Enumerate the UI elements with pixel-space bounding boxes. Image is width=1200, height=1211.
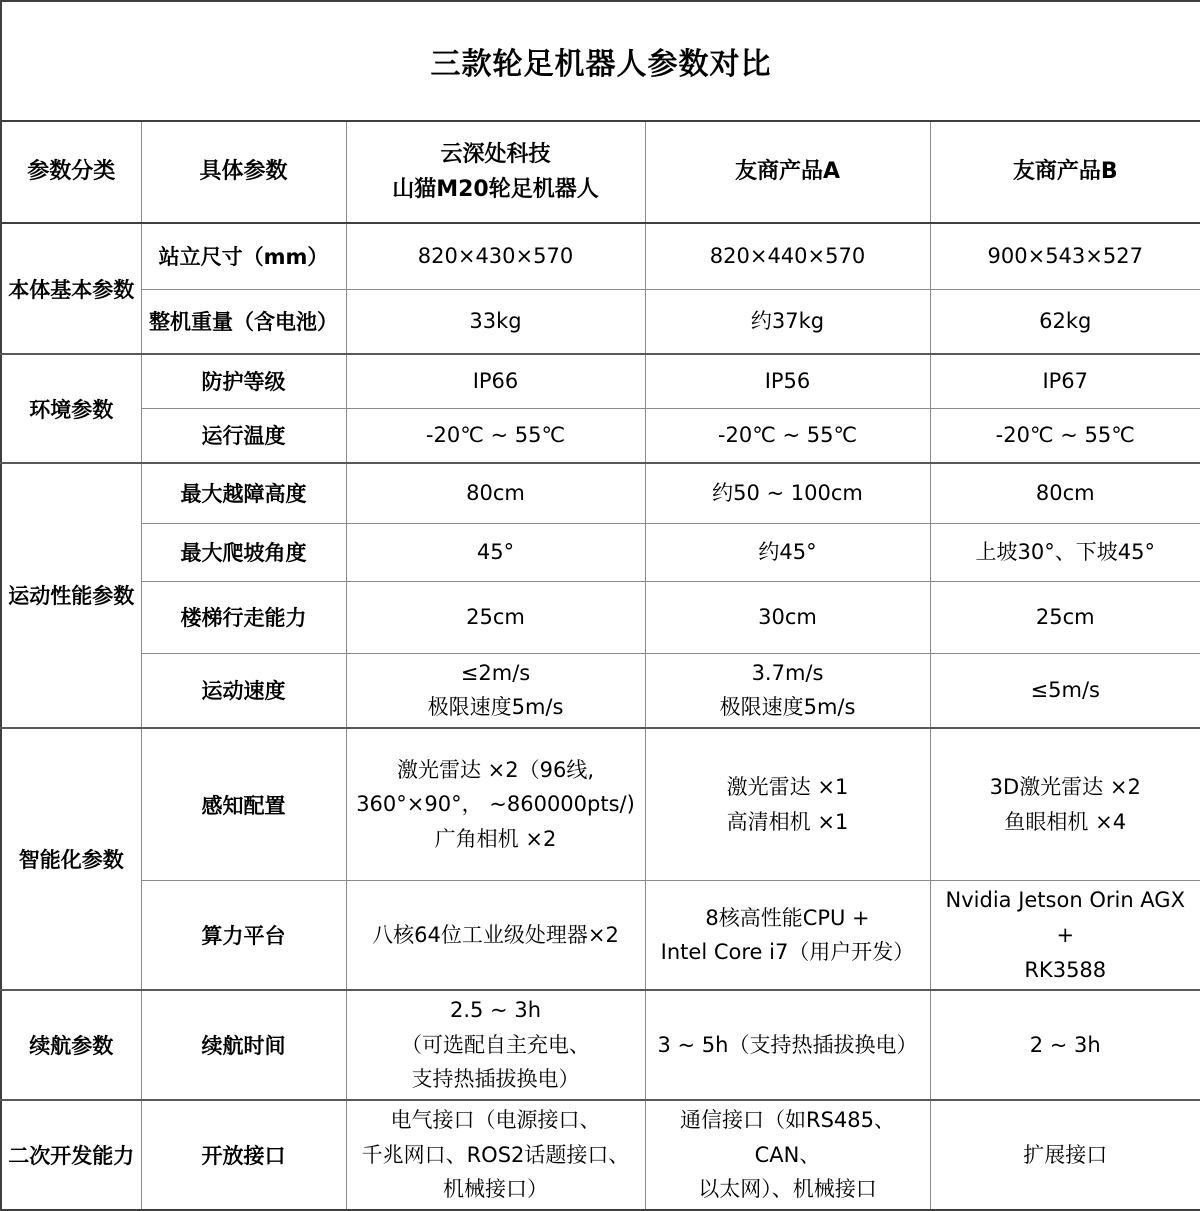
value-cell-b: ≤5m/s: [930, 653, 1200, 728]
value-cell-b: 80cm: [930, 463, 1200, 523]
value-cell-b: 2 ~ 3h: [930, 990, 1200, 1100]
page-title: 三款轮足机器人参数对比: [1, 1, 1200, 121]
value-cell-a: 30cm: [645, 581, 930, 653]
value-cell-a: 820×440×570: [645, 223, 930, 289]
col-header-parameter: 具体参数: [141, 121, 346, 223]
value-cell-a: 约50 ~ 100cm: [645, 463, 930, 523]
value-cell-b: 900×543×527: [930, 223, 1200, 289]
param-cell: 感知配置: [141, 728, 346, 881]
table-row: 智能化参数 感知配置 激光雷达 ×2（96线, 360°×90°， ~86000…: [1, 728, 1200, 881]
param-cell: 续航时间: [141, 990, 346, 1100]
col-header-product-b: 友商产品B: [930, 121, 1200, 223]
value-cell-m20: 激光雷达 ×2（96线, 360°×90°， ~860000pts/) 广角相机…: [346, 728, 645, 881]
table-row: 算力平台 八核64位工业级处理器×2 8核高性能CPU + Intel Core…: [1, 881, 1200, 990]
param-cell: 算力平台: [141, 881, 346, 990]
param-cell: 站立尺寸（mm）: [141, 223, 346, 289]
value-cell-m20: -20℃ ~ 55℃: [346, 408, 645, 463]
value-cell-m20: 2.5 ~ 3h （可选配自主充电、 支持热插拔换电）: [346, 990, 645, 1100]
param-cell: 防护等级: [141, 354, 346, 408]
value-cell-a: 约45°: [645, 523, 930, 581]
category-cell: 运动性能参数: [1, 463, 141, 728]
category-cell: 智能化参数: [1, 728, 141, 990]
robot-comparison-table: 三款轮足机器人参数对比 参数分类 具体参数 云深处科技 山猫M20轮足机器人 友…: [0, 0, 1200, 1211]
value-cell-a: 通信接口（如RS485、CAN、 以太网）、机械接口: [645, 1100, 930, 1210]
value-cell-m20: ≤2m/s 极限速度5m/s: [346, 653, 645, 728]
value-cell-m20: 25cm: [346, 581, 645, 653]
value-cell-m20: 八核64位工业级处理器×2: [346, 881, 645, 990]
category-cell: 二次开发能力: [1, 1100, 141, 1210]
value-cell-b: 62kg: [930, 289, 1200, 354]
category-cell: 环境参数: [1, 354, 141, 463]
param-cell: 楼梯行走能力: [141, 581, 346, 653]
value-cell-a: IP56: [645, 354, 930, 408]
table-row: 整机重量（含电池） 33kg 约37kg 62kg: [1, 289, 1200, 354]
param-cell: 最大爬坡角度: [141, 523, 346, 581]
value-cell-b: 上坡30°、下坡45°: [930, 523, 1200, 581]
value-cell-b: Nvidia Jetson Orin AGX + RK3588: [930, 881, 1200, 990]
table-row: 续航参数 续航时间 2.5 ~ 3h （可选配自主充电、 支持热插拔换电） 3 …: [1, 990, 1200, 1100]
value-cell-a: 激光雷达 ×1 高清相机 ×1: [645, 728, 930, 881]
category-cell: 续航参数: [1, 990, 141, 1100]
table-row: 环境参数 防护等级 IP66 IP56 IP67: [1, 354, 1200, 408]
value-cell-a: 3.7m/s 极限速度5m/s: [645, 653, 930, 728]
param-cell: 整机重量（含电池）: [141, 289, 346, 354]
value-cell-a: -20℃ ~ 55℃: [645, 408, 930, 463]
table-row: 二次开发能力 开放接口 电气接口（电源接口、 千兆网口、ROS2话题接口、 机械…: [1, 1100, 1200, 1210]
table-row: 本体基本参数 站立尺寸（mm） 820×430×570 820×440×570 …: [1, 223, 1200, 289]
value-cell-a: 约37kg: [645, 289, 930, 354]
param-cell: 开放接口: [141, 1100, 346, 1210]
value-cell-m20: 45°: [346, 523, 645, 581]
value-cell-m20: 80cm: [346, 463, 645, 523]
value-cell-b: IP67: [930, 354, 1200, 408]
value-cell-a: 8核高性能CPU + Intel Core i7（用户开发）: [645, 881, 930, 990]
col-header-category: 参数分类: [1, 121, 141, 223]
value-cell-b: 3D激光雷达 ×2 鱼眼相机 ×4: [930, 728, 1200, 881]
value-cell-m20: IP66: [346, 354, 645, 408]
category-cell: 本体基本参数: [1, 223, 141, 354]
param-cell: 运行温度: [141, 408, 346, 463]
value-cell-b: 25cm: [930, 581, 1200, 653]
table-row: 楼梯行走能力 25cm 30cm 25cm: [1, 581, 1200, 653]
col-header-product-m20: 云深处科技 山猫M20轮足机器人: [346, 121, 645, 223]
comparison-sheet: 三款轮足机器人参数对比 参数分类 具体参数 云深处科技 山猫M20轮足机器人 友…: [0, 0, 1200, 1186]
table-row: 运行温度 -20℃ ~ 55℃ -20℃ ~ 55℃ -20℃ ~ 55℃: [1, 408, 1200, 463]
table-row: 运动性能参数 最大越障高度 80cm 约50 ~ 100cm 80cm: [1, 463, 1200, 523]
param-cell: 最大越障高度: [141, 463, 346, 523]
col-header-product-a: 友商产品A: [645, 121, 930, 223]
value-cell-m20: 820×430×570: [346, 223, 645, 289]
value-cell-a: 3 ~ 5h（支持热插拔换电）: [645, 990, 930, 1100]
value-cell-b: 扩展接口: [930, 1100, 1200, 1210]
value-cell-m20: 33kg: [346, 289, 645, 354]
value-cell-b: -20℃ ~ 55℃: [930, 408, 1200, 463]
param-cell: 运动速度: [141, 653, 346, 728]
table-row: 运动速度 ≤2m/s 极限速度5m/s 3.7m/s 极限速度5m/s ≤5m/…: [1, 653, 1200, 728]
table-row: 最大爬坡角度 45° 约45° 上坡30°、下坡45°: [1, 523, 1200, 581]
value-cell-m20: 电气接口（电源接口、 千兆网口、ROS2话题接口、 机械接口）: [346, 1100, 645, 1210]
